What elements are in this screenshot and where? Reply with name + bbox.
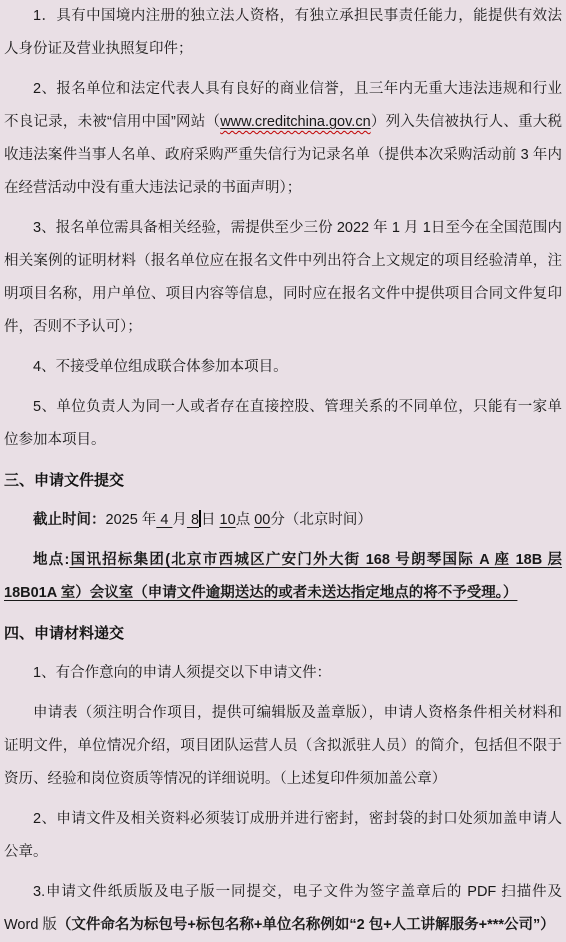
- deadline-hour-unit: 点: [236, 512, 255, 528]
- deadline-month-unit: 月: [172, 512, 187, 528]
- submission-item-3: 3.申请文件纸质版及电子版一同提交，电子文件为签字盖章后的 PDF 扫描件及 W…: [4, 876, 562, 942]
- deadline-hour-value: 10: [220, 512, 236, 528]
- requirement-item-5: 5、单位负责人为同一人或者存在直接控股、管理关系的不同单位，只能有一家单位参加本…: [4, 391, 562, 457]
- submission-item-2: 2、申请文件及相关资料必须装订成册并进行密封，密封袋的封口处须加盖申请人公章。: [4, 803, 562, 869]
- location-value: 国讯招标集团(北京市西城区广安门外大街 168 号朗琴国际 A 座 18B 层 …: [4, 552, 562, 601]
- location-line: 地点:国讯招标集团(北京市西城区广安门外大街 168 号朗琴国际 A 座 18B…: [4, 544, 562, 610]
- deadline-year: 2025 年: [106, 512, 157, 528]
- section-heading-material-delivery: 四、申请材料递交: [4, 617, 562, 650]
- requirement-item-2: 2、报名单位和法定代表人具有良好的商业信誉，且三年内无重大违法违规和行业不良记录…: [4, 73, 562, 205]
- deadline-month-value: 4: [156, 512, 172, 528]
- deadline-line: 截止时间：2025 年 4 月 8日 10点 00分（北京时间）: [4, 504, 562, 537]
- submission-detail: 申请表（须注明合作项目，提供可编辑版及盖章版），申请人资格条件相关材料和证明文件…: [4, 697, 562, 796]
- document-page: 1．具有中国境内注册的独立法人资格，有独立承担民事责任能力，能提供有效法人身份证…: [0, 0, 566, 942]
- requirement-item-3: 3、报名单位需具备相关经验，需提供至少三份 2022 年 1 月 1日至今在全国…: [4, 212, 562, 344]
- deadline-minute-value: 00: [254, 512, 270, 528]
- deadline-day-unit: 日: [201, 512, 220, 528]
- credit-china-link[interactable]: www.creditchina.gov.cn: [220, 114, 370, 130]
- credit-china-url-text: www.creditchina.gov.cn: [220, 114, 370, 130]
- location-label: 地点:: [33, 552, 69, 568]
- requirement-item-1: 1．具有中国境内注册的独立法人资格，有独立承担民事责任能力，能提供有效法人身份证…: [4, 0, 562, 66]
- deadline-minute-unit: 分（北京时间）: [270, 512, 372, 528]
- submission-item-1: 1、有合作意向的申请人须提交以下申请文件：: [4, 657, 562, 690]
- requirement-item-4: 4、不接受单位组成联合体参加本项目。: [4, 351, 562, 384]
- section-heading-document-submission: 三、申请文件提交: [4, 464, 562, 497]
- deadline-label: 截止时间：: [33, 512, 106, 528]
- submission-item-3-naming-rule: （文件命名为标包号+标包名称+单位名称例如“2 包+人工讲解服务+***公司”）: [57, 917, 555, 933]
- deadline-day-value: 8: [187, 512, 199, 528]
